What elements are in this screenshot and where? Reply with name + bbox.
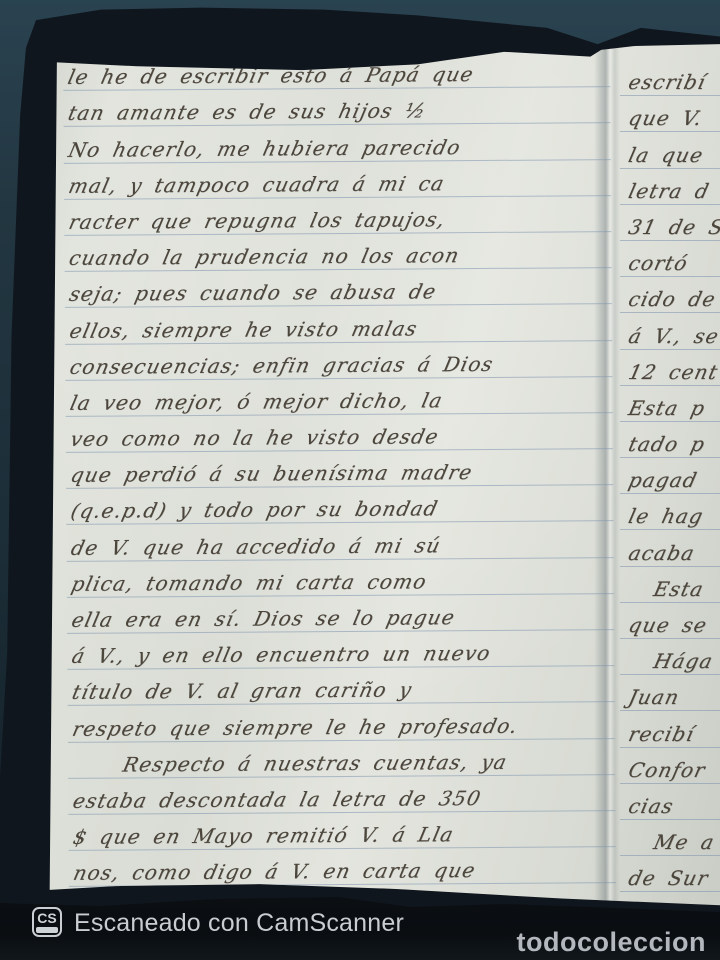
- manuscript-line-text: escribí: [626, 69, 709, 95]
- manuscript-line-text: respeto que siempre le he profesado.: [70, 712, 521, 741]
- manuscript-line-text: Esta p: [626, 395, 708, 421]
- manuscript-line-text: Esta: [626, 576, 707, 602]
- manuscript-line-text: cuando la prudencia no los acon: [67, 242, 463, 271]
- manuscript-line-text: á V., se: [626, 323, 720, 349]
- manuscript-line-text: ellos, siempre he visto malas: [67, 315, 420, 343]
- manuscript-line-text: veo como no la he visto desde: [68, 423, 442, 452]
- manuscript-line: que V.: [620, 96, 720, 132]
- manuscript-line: Esta: [620, 567, 720, 603]
- manuscript-line-text: Juan: [626, 684, 683, 710]
- manuscript-line-text: mal, y tampoco cuadra á mi ca: [66, 170, 447, 199]
- manuscript-line-text: á V., y en ello encuentro un nuevo: [69, 640, 493, 669]
- manuscript-line-text: Me a: [626, 829, 718, 855]
- manuscript-line: título de V. al gran cariño y: [67, 666, 614, 706]
- manuscript-line: ella era en sí. Dios se lo pague: [67, 594, 614, 634]
- manuscript-line: tan amante es de sus hijos ½: [63, 87, 610, 127]
- manuscript-line-text: título de V. al gran cariño y: [70, 677, 415, 705]
- manuscript-line-text: le hag: [626, 503, 706, 529]
- manuscript-line: letra d: [620, 169, 720, 205]
- manuscript-line-text: racter que repugna los tapujos,: [66, 206, 448, 235]
- letter-sheet: le he de escribir esto á Papá quetan ama…: [0, 0, 720, 960]
- manuscript-line: escribí: [620, 60, 720, 96]
- manuscript-line: le hag: [620, 494, 720, 530]
- manuscript-line-text: cido de: [626, 286, 719, 312]
- manuscript-line: la veo mejor, ó mejor dicho, la: [65, 377, 612, 417]
- manuscript-line: mal, y tampoco cuadra á mi ca: [64, 160, 611, 200]
- manuscript-line: Respecto á nuestras cuentas, ya: [68, 739, 615, 779]
- camscanner-logo-bed: [36, 927, 58, 933]
- manuscript-line: respeto que siempre le he profesado.: [68, 702, 615, 742]
- manuscript-line: veo como no la he visto desde: [66, 413, 613, 453]
- manuscript-line-text: 12 cent: [626, 359, 720, 385]
- manuscript-line-text: la que: [626, 142, 706, 168]
- manuscript-line: cortó: [620, 241, 720, 277]
- manuscript-line: tado p: [620, 422, 720, 458]
- manuscript-line-text: que V.: [626, 105, 705, 131]
- manuscript-line-text: recibí: [626, 721, 697, 747]
- manuscript-line-text: de Sur: [626, 865, 711, 891]
- manuscript-line-text: Confor: [626, 757, 708, 783]
- manuscript-line: 12 cent: [620, 350, 720, 386]
- manuscript-line: consecuencias; enfin gracias á Dios: [65, 341, 612, 381]
- manuscript-line-text: cortó: [626, 250, 691, 276]
- manuscript-line: pagad: [620, 458, 720, 494]
- manuscript-line: 31 de S: [620, 205, 720, 241]
- manuscript-page-left: le he de escribir esto á Papá quetan ama…: [63, 51, 616, 887]
- camscanner-watermark-text: Escaneado con CamScanner: [74, 909, 404, 938]
- manuscript-line-text: $ que en Mayo remitió V. á Lla: [71, 821, 457, 850]
- manuscript-line-text: Hága: [626, 648, 716, 674]
- manuscript-line-text: estaba descontada la letra de 350: [70, 785, 484, 814]
- manuscript-line-text: plica, tomando mi carta como: [69, 568, 430, 597]
- manuscript-line-text: nos, como digo á V. en carta que: [71, 857, 479, 886]
- manuscript-line: de V. que ha accedido á mi sú: [66, 522, 613, 562]
- manuscript-line-text: letra d: [626, 178, 712, 204]
- manuscript-line: cuando la prudencia no los acon: [64, 232, 611, 272]
- manuscript-page-right: escribíque V.la queletra d31 de Scortóci…: [620, 60, 720, 892]
- manuscript-line: de Sur: [620, 856, 720, 892]
- manuscript-line: (q.e.p.d) y todo por su bondad: [66, 485, 613, 525]
- manuscript-line-text: tado p: [626, 431, 708, 457]
- manuscript-line-text: (q.e.p.d) y todo por su bondad: [68, 496, 441, 525]
- manuscript-line: plica, tomando mi carta como: [67, 558, 614, 598]
- manuscript-line-text: ella era en sí. Dios se lo pague: [69, 604, 458, 633]
- manuscript-line: No hacerlo, me hubiera parecido: [64, 123, 611, 163]
- scanned-letter-photo: le he de escribir esto á Papá quetan ama…: [0, 0, 720, 960]
- manuscript-line-text: 31 de S: [626, 214, 720, 240]
- manuscript-line: estaba descontada la letra de 350: [68, 775, 615, 815]
- todocoleccion-watermark: todocoleccion: [516, 927, 706, 958]
- manuscript-line-text: de V. que ha accedido á mi sú: [69, 532, 444, 561]
- manuscript-line-text: tan amante es de sus hijos ½: [66, 98, 429, 127]
- camscanner-logo-letters: CS: [34, 910, 60, 926]
- manuscript-line: cias: [620, 784, 720, 820]
- manuscript-line: Esta p: [620, 386, 720, 422]
- manuscript-line: Me a: [620, 820, 720, 856]
- manuscript-line: seja; pues cuando se abusa de: [65, 268, 612, 308]
- manuscript-line: que perdió á su buenísima madre: [66, 449, 613, 489]
- manuscript-line-text: Respecto á nuestras cuentas, ya: [70, 749, 510, 778]
- manuscript-line: á V., se: [620, 313, 720, 349]
- manuscript-line: cido de: [620, 277, 720, 313]
- manuscript-line-text: que se: [626, 612, 710, 638]
- manuscript-line: $ que en Mayo remitió V. á Lla: [68, 811, 615, 851]
- manuscript-line-text: acaba: [626, 540, 698, 566]
- camscanner-logo-icon: CS: [32, 907, 62, 937]
- manuscript-line-text: que perdió á su buenísima madre: [68, 459, 475, 488]
- manuscript-line: Hága: [620, 639, 720, 675]
- manuscript-line-text: cias: [626, 793, 677, 819]
- manuscript-line-text: consecuencias; enfin gracias á Dios: [67, 351, 496, 380]
- manuscript-line: Confor: [620, 748, 720, 784]
- manuscript-line: que se: [620, 603, 720, 639]
- manuscript-line: nos, como digo á V. en carta que: [69, 847, 616, 887]
- manuscript-line: Juan: [620, 675, 720, 711]
- manuscript-line: racter que repugna los tapujos,: [64, 196, 611, 236]
- manuscript-line-text: seja; pues cuando se abusa de: [67, 279, 439, 308]
- manuscript-line: acaba: [620, 530, 720, 566]
- manuscript-line-text: pagad: [626, 467, 700, 493]
- manuscript-line: la que: [620, 132, 720, 168]
- manuscript-line: á V., y en ello encuentro un nuevo: [67, 630, 614, 670]
- manuscript-line: recibí: [620, 711, 720, 747]
- manuscript-line-text: No hacerlo, me hubiera parecido: [66, 134, 464, 163]
- manuscript-line: ellos, siempre he visto malas: [65, 304, 612, 344]
- manuscript-line-text: la veo mejor, ó mejor dicho, la: [68, 387, 446, 416]
